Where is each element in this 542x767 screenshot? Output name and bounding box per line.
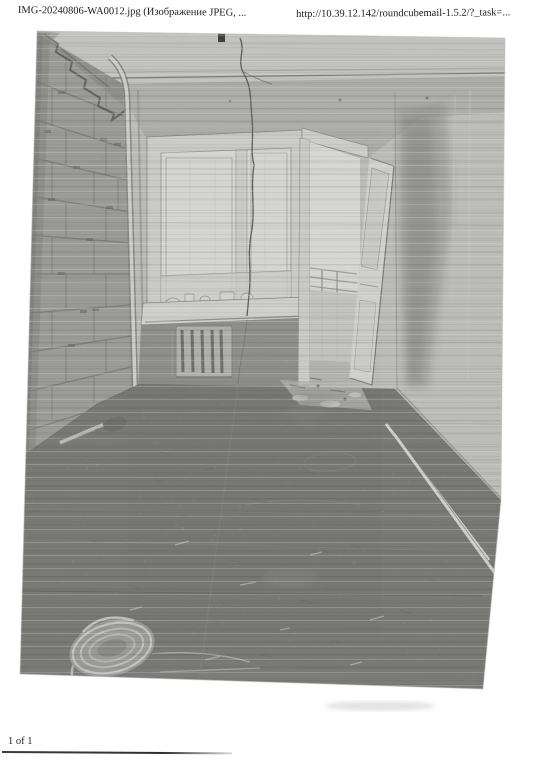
photocopy-texture: [15, 25, 510, 695]
printed-page: IMG-20240806-WA0012.jpg (Изображение JPE…: [0, 0, 542, 767]
page-number: 1 of 1: [8, 736, 33, 747]
scan-smudge: [325, 701, 435, 711]
scanned-photo: [0, 0, 542, 767]
